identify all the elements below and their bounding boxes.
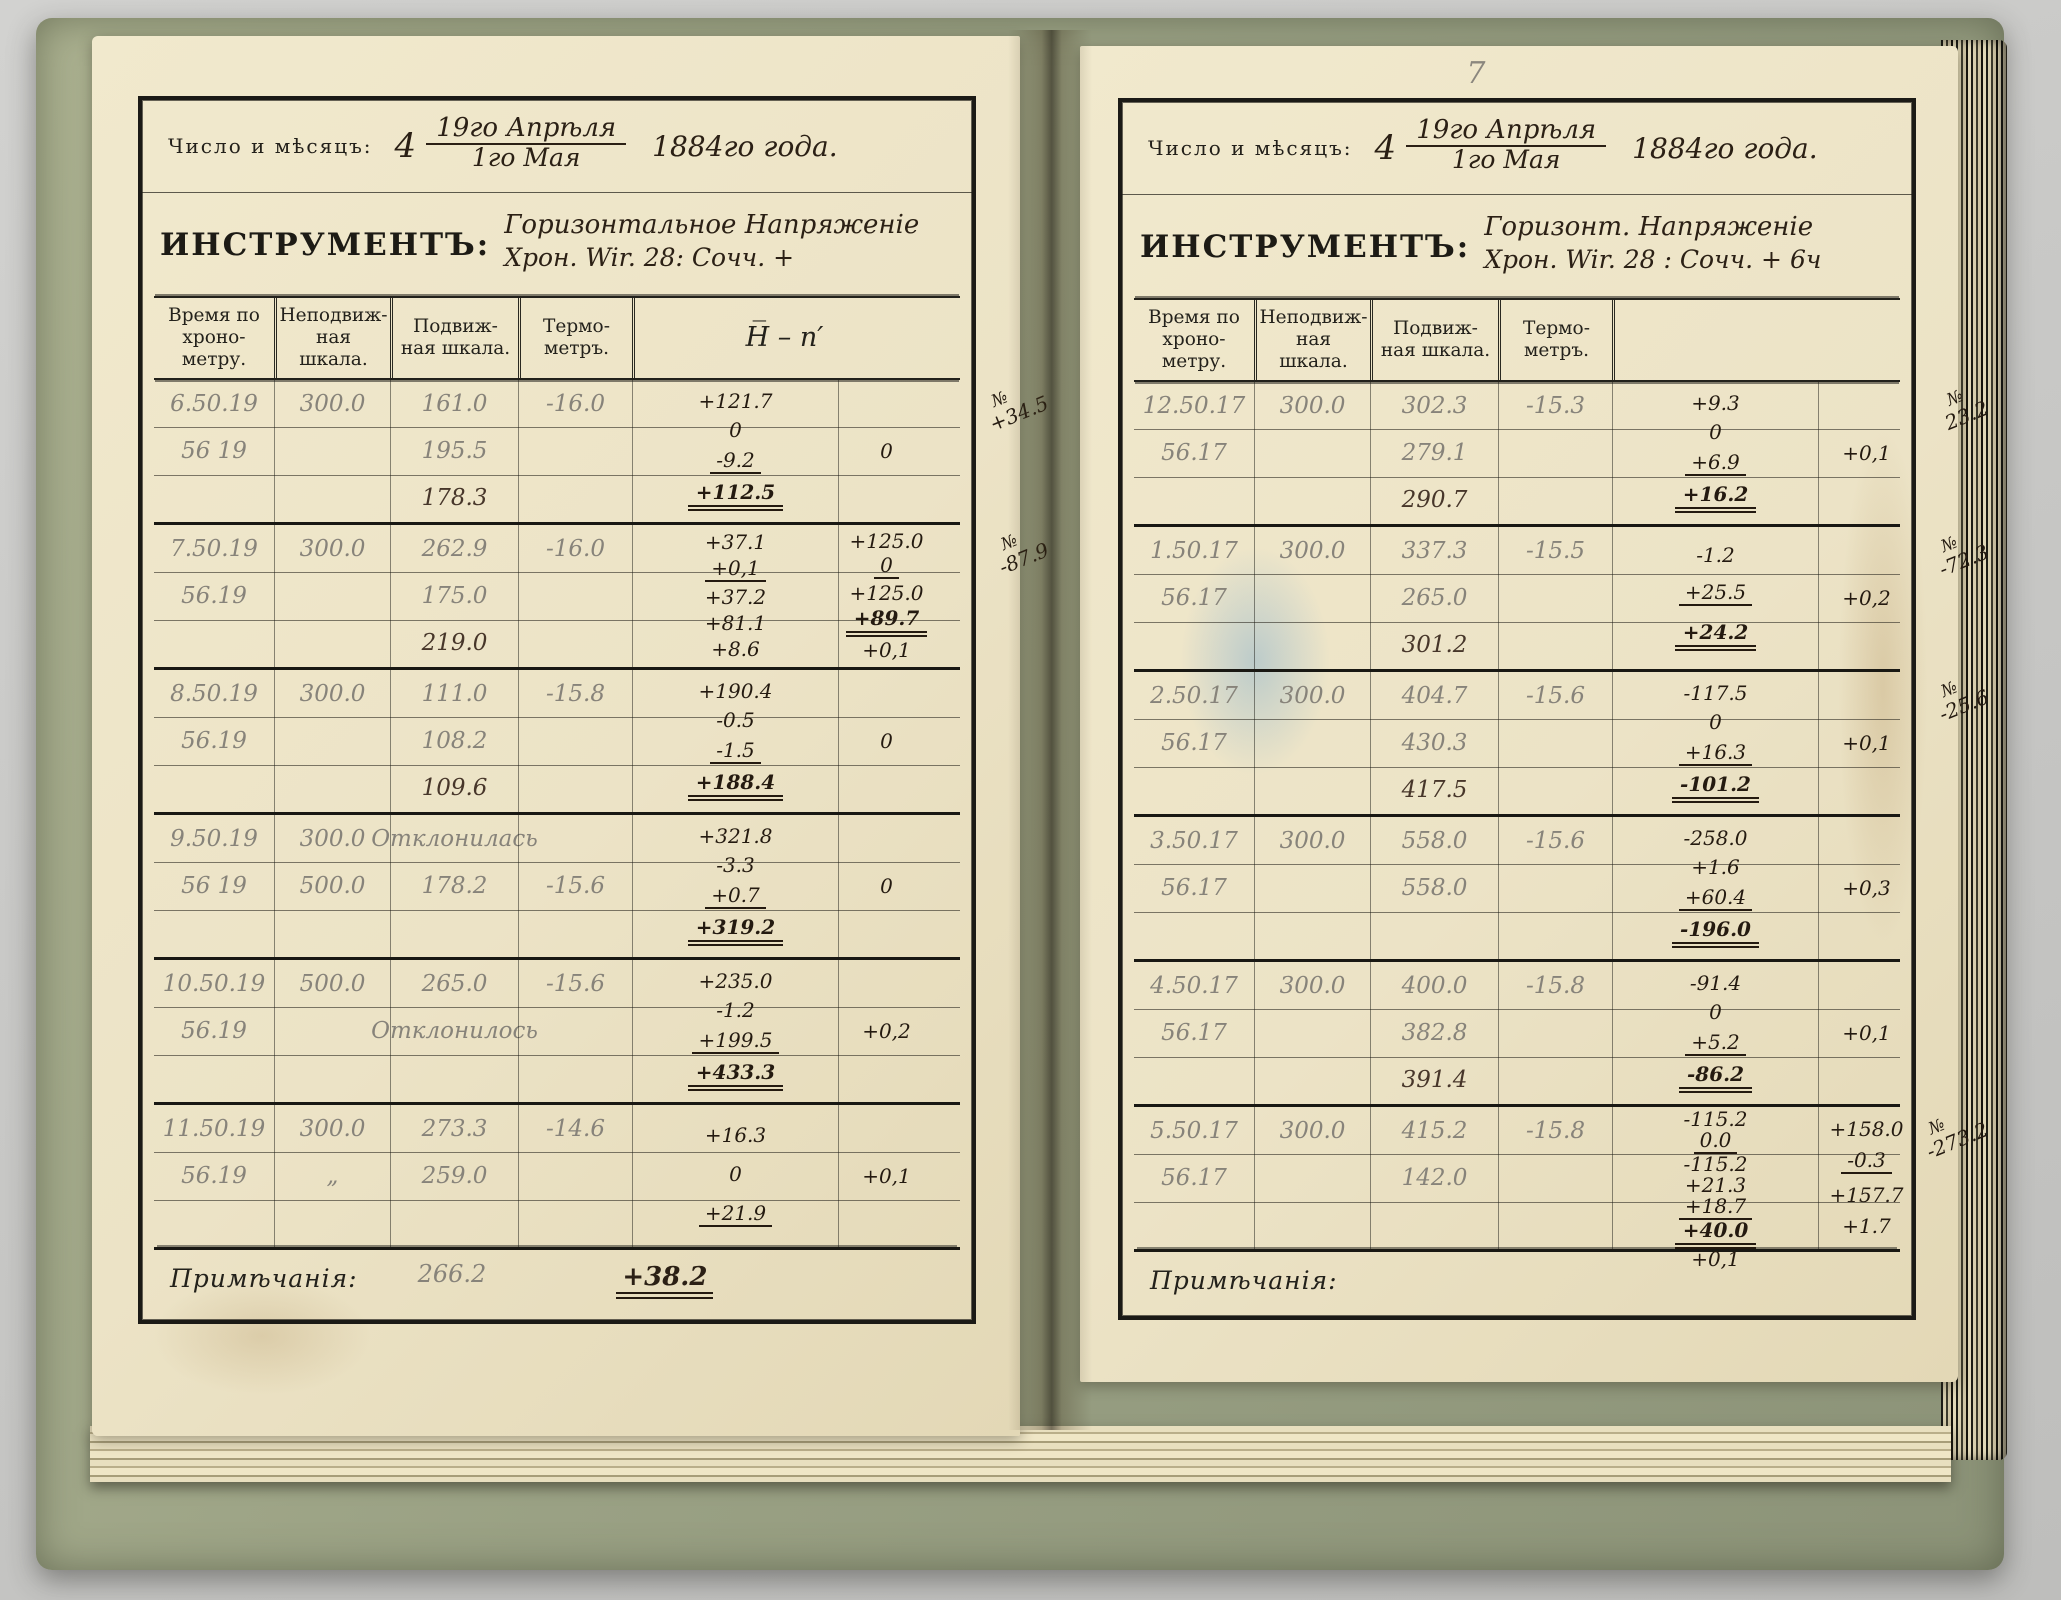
- calc-value: 0: [880, 441, 893, 462]
- calc-value: +16.3: [1679, 742, 1752, 766]
- cell-fixed-scale: [275, 910, 390, 957]
- column-calc-main: +190.4-0.5-1.5+188.4: [632, 670, 838, 812]
- cell-movable-scale: 175.0: [391, 572, 518, 619]
- cell-time: 3.50.17: [1134, 817, 1254, 864]
- calc-value: +0.7: [705, 885, 766, 909]
- cell-time: 56.17: [1134, 719, 1254, 766]
- calc-stack: -115.20.0-115.2+21.3+18.7+40.0+0,1: [1617, 1109, 1814, 1247]
- cell-fixed-scale: 300.0: [1255, 962, 1370, 1009]
- calc-value: +16.3: [705, 1125, 766, 1146]
- column-time: 11.50.1956.19: [154, 1105, 274, 1247]
- cell-thermometer: [519, 1200, 632, 1247]
- cell-fixed-scale: 300.0: [1255, 382, 1370, 429]
- calc-value: +0,1: [1842, 443, 1891, 464]
- calc-value: +190.4: [698, 681, 772, 702]
- instrument-label: ИНСТРУМЕНТЪ:: [1140, 229, 1470, 265]
- cell-movable-scale: 111.0: [391, 670, 518, 717]
- cell-fixed-scale: 300.0: [275, 1105, 390, 1152]
- cell-thermometer: [1499, 767, 1612, 814]
- cell-time: 8.50.19: [154, 670, 274, 717]
- calc-value: +0,1: [1842, 733, 1891, 754]
- observation-block: 10.50.1956.19500.0265.0Отклонилось-15.6+…: [154, 957, 960, 1102]
- cell-fixed-scale: [275, 427, 390, 474]
- observation-block: 12.50.1756.17300.0302.3279.1290.7-15.3+9…: [1134, 382, 1900, 524]
- column-movable-scale: 265.0Отклонилось: [390, 960, 518, 1102]
- cell-movable-scale: 558.0: [1371, 864, 1498, 911]
- cell-thermometer: [1499, 1154, 1612, 1201]
- column-calc-main: +235.0-1.2+199.5+433.3: [632, 960, 838, 1102]
- date-day: 4: [395, 126, 417, 166]
- observation-block: 9.50.1956 19300.0500.0Отклонилась178.2-1…: [154, 812, 960, 957]
- column-calc-side: +0,1: [1818, 672, 1914, 814]
- cell-fixed-scale: [275, 1055, 390, 1102]
- column-thermometer: -15.6: [518, 815, 632, 957]
- cell-thermometer: [519, 910, 632, 957]
- cell-movable-scale: 273.3: [391, 1105, 518, 1152]
- calc-stack: +0,2: [1823, 529, 1910, 667]
- column-time: 5.50.1756.17: [1134, 1107, 1254, 1249]
- instrument-line2: Хрон. Wir. 28: Сочч. +: [504, 242, 919, 273]
- cell-time: 9.50.19: [154, 815, 274, 862]
- calc-value: +321.8: [698, 826, 772, 847]
- cell-thermometer: [519, 572, 632, 619]
- column-movable-scale: 400.0382.8391.4: [1370, 962, 1498, 1104]
- column-time: 2.50.1756.17: [1134, 672, 1254, 814]
- cell-fixed-scale: [1255, 1154, 1370, 1201]
- calc-value: +319.2: [688, 917, 783, 946]
- column-calc-side: +0,3: [1818, 817, 1914, 959]
- cell-fixed-scale: 300.0: [275, 525, 390, 572]
- column-movable-scale: 273.3259.0: [390, 1105, 518, 1247]
- cell-time: 56.17: [1134, 429, 1254, 476]
- calc-stack: +0,3: [1823, 819, 1910, 957]
- table-body: 12.50.1756.17300.0302.3279.1290.7-15.3+9…: [1134, 382, 1900, 1249]
- calc-value: 0: [1709, 712, 1722, 733]
- column-fixed-scale: 300.0: [274, 525, 390, 667]
- cell-fixed-scale: [1255, 574, 1370, 621]
- calc-value: +81.1: [705, 613, 766, 634]
- cell-fixed-scale: [1255, 429, 1370, 476]
- cell-movable-scale: [1371, 1202, 1498, 1249]
- cell-time: 56.17: [1134, 864, 1254, 911]
- calc-value: +89.7: [846, 608, 927, 637]
- cell-movable-scale: [391, 910, 518, 957]
- cell-fixed-scale: [275, 620, 390, 667]
- column-calc-main: -117.50+16.3-101.2: [1612, 672, 1818, 814]
- column-calc-main: +16.30+21.9: [632, 1105, 838, 1247]
- observation-block: 8.50.1956.19300.0111.0108.2109.6-15.8+19…: [154, 667, 960, 812]
- calc-value: +121.7: [698, 391, 772, 412]
- calc-value: +40.0: [1675, 1220, 1756, 1249]
- cell-time: 56.19: [154, 717, 274, 764]
- column-fixed-scale: 300.0: [274, 380, 390, 522]
- cell-movable-scale: 265.0: [391, 960, 518, 1007]
- cell-movable-scale: 558.0: [1371, 817, 1498, 864]
- cell-movable-scale: 108.2: [391, 717, 518, 764]
- calc-value: +37.2: [705, 587, 766, 608]
- notes-label: Примѣчанія:: [170, 1264, 358, 1293]
- calc-value: -115.2: [1683, 1154, 1747, 1175]
- column-movable-scale: 111.0108.2109.6: [390, 670, 518, 812]
- calc-value: +21.9: [699, 1203, 772, 1227]
- observation-block: 2.50.1756.17300.0404.7430.3417.5-15.6-11…: [1134, 669, 1900, 814]
- cell-movable-scale: [391, 1055, 518, 1102]
- column-thermometer: -16.0: [518, 525, 632, 667]
- calc-value: +8.6: [711, 639, 760, 660]
- notes-row: Примѣчанія:: [1134, 1249, 1900, 1350]
- cell-movable-scale: 195.5: [391, 427, 518, 474]
- cell-thermometer: [1499, 622, 1612, 669]
- cell-time: [1134, 767, 1254, 814]
- cell-thermometer: [1499, 864, 1612, 911]
- notes-row: Примѣчанія: 266.2 +38.2: [154, 1247, 960, 1348]
- calc-value: -101.2: [1672, 774, 1759, 803]
- calc-stack: +0,1: [1823, 964, 1910, 1102]
- observation-block: 5.50.1756.17300.0415.2142.0-15.8-115.20.…: [1134, 1104, 1900, 1249]
- cell-thermometer: -15.8: [1499, 962, 1612, 1009]
- table-header: Время по хроно- метру. Неподвиж- ная шка…: [1134, 298, 1900, 382]
- column-fixed-scale: 300.0: [1254, 527, 1370, 669]
- column-time: 4.50.1756.17: [1134, 962, 1254, 1104]
- calc-value: -196.0: [1672, 919, 1759, 948]
- column-calc-side: +0,2: [838, 960, 934, 1102]
- calc-value: +25.5: [1679, 582, 1752, 606]
- calc-value: +157.7: [1829, 1185, 1903, 1206]
- cell-time: 6.50.19: [154, 380, 274, 427]
- column-calc-main: +321.8-3.3+0.7+319.2: [632, 815, 838, 957]
- cell-thermometer: [519, 475, 632, 522]
- cell-time: 11.50.19: [154, 1105, 274, 1152]
- instrument-line2: Хрон. Wir. 28 : Сочч. + 6ч: [1484, 244, 1821, 275]
- column-time: 8.50.1956.19: [154, 670, 274, 812]
- calc-value: +0,1: [862, 1166, 911, 1187]
- left-page: Число и мѣсяцъ: 4 19го Апрѣля 1го Мая 18…: [92, 36, 1020, 1436]
- cell-thermometer: -15.3: [1499, 382, 1612, 429]
- calc-value: 0: [1709, 422, 1722, 443]
- cell-movable-scale: 430.3: [1371, 719, 1498, 766]
- date-fraction: 19го Апрѣля 1го Мая: [426, 115, 626, 171]
- cell-fixed-scale: 300.0: [275, 380, 390, 427]
- calc-value: +21.3: [1685, 1175, 1746, 1196]
- cell-fixed-scale: [275, 765, 390, 812]
- column-movable-scale: 404.7430.3417.5: [1370, 672, 1498, 814]
- cell-time: [154, 1055, 274, 1102]
- instrument-row: ИНСТРУМЕНТЪ: Горизонт. Напряженіе Хрон. …: [1122, 195, 1912, 299]
- column-thermometer: -16.0: [518, 380, 632, 522]
- cell-movable-scale: 161.0: [391, 380, 518, 427]
- cell-movable-scale: 219.0: [391, 620, 518, 667]
- cell-fixed-scale: [1255, 864, 1370, 911]
- column-movable-scale: 558.0558.0: [1370, 817, 1498, 959]
- cell-thermometer: [1499, 1057, 1612, 1104]
- calc-stack: +9.30+6.9+16.2: [1617, 384, 1814, 522]
- calc-stack: +37.1+0,1+37.2+81.1+8.6: [637, 527, 834, 665]
- cell-time: 7.50.19: [154, 525, 274, 572]
- column-thermometer: -15.3: [1498, 382, 1612, 524]
- cell-time: [154, 620, 274, 667]
- date-day: 4: [1375, 128, 1397, 168]
- calc-value: 0: [1709, 1002, 1722, 1023]
- observation-block: 6.50.1956 19300.0161.0195.5178.3-16.0+12…: [154, 380, 960, 522]
- calc-value: +158.0: [1829, 1119, 1903, 1140]
- column-thermometer: -15.8: [1498, 1107, 1612, 1249]
- calc-stack: +0,2: [843, 962, 930, 1100]
- calc-stack: +235.0-1.2+199.5+433.3: [637, 962, 834, 1100]
- cell-fixed-scale: [1255, 1202, 1370, 1249]
- cell-thermometer: -16.0: [519, 525, 632, 572]
- calc-value: +433.3: [688, 1062, 783, 1091]
- column-calc-main: -91.40+5.2-86.2: [1612, 962, 1818, 1104]
- calc-value: +0,1: [705, 558, 766, 582]
- column-calc-main: -115.20.0-115.2+21.3+18.7+40.0+0,1: [1612, 1107, 1818, 1249]
- cell-fixed-scale: 300.0: [1255, 672, 1370, 719]
- calc-stack: -1.2+25.5+24.2: [1617, 529, 1814, 667]
- calc-stack: 0: [843, 382, 930, 520]
- calc-stack: -91.40+5.2-86.2: [1617, 964, 1814, 1102]
- column-calc-main: +37.1+0,1+37.2+81.1+8.6: [632, 525, 838, 667]
- column-fixed-scale: 300.0„: [274, 1105, 390, 1247]
- column-movable-scale: 161.0195.5178.3: [390, 380, 518, 522]
- cell-thermometer: [519, 1152, 632, 1199]
- cell-movable-scale: 178.3: [391, 475, 518, 522]
- calc-value: -115.2: [1683, 1109, 1747, 1130]
- notes-pencil-value: 266.2: [418, 1260, 487, 1288]
- column-time: 12.50.1756.17: [1134, 382, 1254, 524]
- cell-time: 56.17: [1134, 574, 1254, 621]
- calc-value: +0,2: [862, 1021, 911, 1042]
- calc-stack: +121.70-9.2+112.5: [637, 382, 834, 520]
- cell-time: 12.50.17: [1134, 382, 1254, 429]
- cell-time: [1134, 1057, 1254, 1104]
- calc-value: +125.0: [849, 583, 923, 604]
- cell-fixed-scale: [1255, 912, 1370, 959]
- page-number: 7: [1466, 56, 1485, 91]
- column-calc-side: +0,1: [1818, 382, 1914, 524]
- cell-movable-scale: 178.2: [391, 862, 518, 909]
- cell-fixed-scale: [1255, 767, 1370, 814]
- cell-movable-scale: 404.7: [1371, 672, 1498, 719]
- right-page: 7 Число и мѣсяцъ: 4 19го Апрѣля 1го Мая …: [1080, 46, 1958, 1382]
- cell-fixed-scale: 300.0: [1255, 527, 1370, 574]
- cell-fixed-scale: 300.0: [1255, 817, 1370, 864]
- notes-sum-value: +38.2: [616, 1262, 713, 1299]
- cell-thermometer: [1499, 574, 1612, 621]
- cell-time: 56.17: [1134, 1009, 1254, 1056]
- cell-movable-scale: Отклонилась: [391, 815, 518, 862]
- cell-time: 56.19: [154, 1007, 274, 1054]
- col-header-h-minus-n: [1612, 300, 1914, 380]
- cell-time: [1134, 912, 1254, 959]
- calc-value: +0,1: [1842, 1023, 1891, 1044]
- calc-value: -86.2: [1679, 1064, 1752, 1093]
- calc-stack: +125.00+125.0+89.7+0,1: [843, 527, 930, 665]
- column-time: 6.50.1956 19: [154, 380, 274, 522]
- col-header-time: Время по хроно- метру.: [1134, 300, 1254, 380]
- col-header-h-minus-n: H̅ – n′: [632, 298, 934, 378]
- date-year: 1884го года.: [652, 130, 838, 163]
- col-header-movable-scale: Подвиж- ная шкала.: [1370, 300, 1498, 380]
- calc-value: -1.2: [1696, 545, 1735, 566]
- calc-value: 0: [729, 1164, 742, 1185]
- calc-value: +37.1: [705, 532, 766, 553]
- instrument-handwritten: Горизонтальное Напряженіе Хрон. Wir. 28:…: [504, 209, 919, 273]
- cell-movable-scale: [1371, 912, 1498, 959]
- cell-fixed-scale: [275, 572, 390, 619]
- date-bottom: 1го Мая: [1406, 147, 1606, 173]
- calc-stack: -258.0+1.6+60.4-196.0: [1617, 819, 1814, 957]
- calc-value: +5.2: [1685, 1032, 1746, 1056]
- cell-movable-scale: [391, 1200, 518, 1247]
- calc-value: +112.5: [688, 482, 783, 511]
- cell-fixed-scale: 500.0: [275, 862, 390, 909]
- cell-thermometer: [1499, 719, 1612, 766]
- column-movable-scale: 337.3265.0301.2: [1370, 527, 1498, 669]
- calc-stack: +0,1: [1823, 384, 1910, 522]
- calc-stack: 0: [843, 672, 930, 810]
- cell-fixed-scale: 500.0: [275, 960, 390, 1007]
- calc-value: -1.5: [710, 740, 761, 764]
- column-thermometer: -15.8: [518, 670, 632, 812]
- column-calc-side: +0,1: [1818, 962, 1914, 1104]
- cell-time: 56 19: [154, 862, 274, 909]
- cell-movable-scale: 109.6: [391, 765, 518, 812]
- calc-value: -0.3: [1841, 1150, 1892, 1174]
- calc-value: -9.2: [710, 450, 761, 474]
- date-year: 1884го года.: [1632, 132, 1818, 165]
- cell-thermometer: [1499, 912, 1612, 959]
- cell-fixed-scale: [1255, 622, 1370, 669]
- cell-fixed-scale: [275, 1200, 390, 1247]
- calc-stack: +0,1: [1823, 674, 1910, 812]
- cell-thermometer: -14.6: [519, 1105, 632, 1152]
- column-fixed-scale: 300.0: [1254, 382, 1370, 524]
- cell-thermometer: -15.6: [519, 862, 632, 909]
- cell-fixed-scale: [1255, 719, 1370, 766]
- column-calc-side: 0: [838, 670, 934, 812]
- column-time: 1.50.1756.17: [1134, 527, 1254, 669]
- calc-value: 0: [880, 876, 893, 897]
- observation-block: 1.50.1756.17300.0337.3265.0301.2-15.5-1.…: [1134, 524, 1900, 669]
- observation-block: 4.50.1756.17300.0400.0382.8391.4-15.8-91…: [1134, 959, 1900, 1104]
- date-top: 19го Апрѣля: [426, 115, 626, 144]
- calc-value: +24.2: [1675, 622, 1756, 651]
- column-calc-main: +121.70-9.2+112.5: [632, 380, 838, 522]
- calc-value: -117.5: [1683, 683, 1747, 704]
- col-header-thermometer: Термо- метръ.: [518, 298, 632, 378]
- col-header-fixed-scale: Неподвиж- ная шкала.: [274, 298, 390, 378]
- cell-thermometer: [519, 427, 632, 474]
- column-thermometer: -15.5: [1498, 527, 1612, 669]
- column-movable-scale: Отклонилась178.2: [390, 815, 518, 957]
- column-calc-side: +158.0-0.3+157.7+1.7: [1818, 1107, 1914, 1249]
- calc-stack: +16.30+21.9: [637, 1107, 834, 1245]
- instrument-label: ИНСТРУМЕНТЪ:: [160, 227, 490, 263]
- left-page-frame: Число и мѣсяцъ: 4 19го Апрѣля 1го Мая 18…: [138, 96, 976, 1324]
- calc-value: +199.5: [692, 1030, 778, 1054]
- observation-block: 3.50.1756.17300.0558.0558.0-15.6-258.0+1…: [1134, 814, 1900, 959]
- column-thermometer: -15.6: [1498, 817, 1612, 959]
- cell-thermometer: -16.0: [519, 380, 632, 427]
- cell-time: [154, 765, 274, 812]
- notes-label: Примѣчанія:: [1150, 1266, 1338, 1295]
- cell-movable-scale: 290.7: [1371, 477, 1498, 524]
- cell-movable-scale: 415.2: [1371, 1107, 1498, 1154]
- calc-value: +18.7: [1679, 1196, 1752, 1220]
- cell-thermometer: [1499, 1009, 1612, 1056]
- observation-table: Время по хроно- метру. Неподвиж- ная шка…: [154, 296, 960, 1314]
- cell-thermometer: [1499, 429, 1612, 476]
- calc-stack: +190.4-0.5-1.5+188.4: [637, 672, 834, 810]
- table-body: 6.50.1956 19300.0161.0195.5178.3-16.0+12…: [154, 380, 960, 1247]
- cell-thermometer: -15.8: [519, 670, 632, 717]
- cell-movable-scale: 382.8: [1371, 1009, 1498, 1056]
- col-header-fixed-scale: Неподвиж- ная шкала.: [1254, 300, 1370, 380]
- cell-time: 56 19: [154, 427, 274, 474]
- cell-movable-scale: 302.3: [1371, 382, 1498, 429]
- cell-movable-scale: 279.1: [1371, 429, 1498, 476]
- cell-thermometer: [519, 765, 632, 812]
- cell-time: 56.17: [1134, 1154, 1254, 1201]
- cell-thermometer: -15.5: [1499, 527, 1612, 574]
- right-page-frame: Число и мѣсяцъ: 4 19го Апрѣля 1го Мая 18…: [1118, 98, 1916, 1320]
- calc-value: 0: [880, 731, 893, 752]
- column-fixed-scale: 300.0: [1254, 672, 1370, 814]
- cell-fixed-scale: 300.0: [275, 670, 390, 717]
- cell-time: 56.19: [154, 572, 274, 619]
- cell-movable-scale: 337.3: [1371, 527, 1498, 574]
- cell-thermometer: [1499, 1202, 1612, 1249]
- cell-fixed-scale: [1255, 1057, 1370, 1104]
- calc-value: +1.6: [1691, 857, 1740, 878]
- cell-thermometer: [519, 620, 632, 667]
- calc-stack: -117.50+16.3-101.2: [1617, 674, 1814, 812]
- cell-movable-scale: 301.2: [1371, 622, 1498, 669]
- cell-time: 56.19: [154, 1152, 274, 1199]
- calc-value: +6.9: [1685, 452, 1746, 476]
- calc-stack: +321.8-3.3+0.7+319.2: [637, 817, 834, 955]
- calc-stack: +0,1: [843, 1107, 930, 1245]
- cell-thermometer: -15.6: [1499, 672, 1612, 719]
- calc-value: +16.2: [1675, 484, 1756, 513]
- column-calc-side: 0: [838, 815, 934, 957]
- date-row: Число и мѣсяцъ: 4 19го Апрѣля 1го Мая 18…: [142, 100, 972, 193]
- instrument-row: ИНСТРУМЕНТЪ: Горизонтальное Напряженіе Х…: [142, 193, 972, 297]
- date-fraction: 19го Апрѣля 1го Мая: [1406, 117, 1606, 173]
- cell-movable-scale: 400.0: [1371, 962, 1498, 1009]
- column-calc-side: +125.00+125.0+89.7+0,1: [838, 525, 934, 667]
- instrument-line1: Горизонт. Напряженіе: [1484, 211, 1821, 244]
- observation-block: 11.50.1956.19300.0„273.3259.0-14.6+16.30…: [154, 1102, 960, 1247]
- cell-movable-scale: 262.9: [391, 525, 518, 572]
- cell-movable-scale: 417.5: [1371, 767, 1498, 814]
- scanned-logbook: { "page_number": "7", "colors": { "ink":…: [0, 0, 2061, 1600]
- calc-value: +9.3: [1691, 393, 1740, 414]
- column-time: 3.50.1756.17: [1134, 817, 1254, 959]
- cell-fixed-scale: „: [275, 1152, 390, 1199]
- calc-value: -3.3: [716, 855, 755, 876]
- instrument-handwritten: Горизонт. Напряженіе Хрон. Wir. 28 : Соч…: [1484, 211, 1821, 275]
- column-calc-main: +9.30+6.9+16.2: [1612, 382, 1818, 524]
- cell-time: [154, 910, 274, 957]
- calc-value: -0.5: [716, 710, 755, 731]
- cell-fixed-scale: [275, 475, 390, 522]
- calc-value: +0,3: [1842, 878, 1891, 899]
- column-thermometer: -15.8: [1498, 962, 1612, 1104]
- cell-time: [1134, 477, 1254, 524]
- calc-value: 0: [874, 555, 899, 579]
- cell-time: 4.50.17: [1134, 962, 1254, 1009]
- calc-value: -1.2: [716, 1000, 755, 1021]
